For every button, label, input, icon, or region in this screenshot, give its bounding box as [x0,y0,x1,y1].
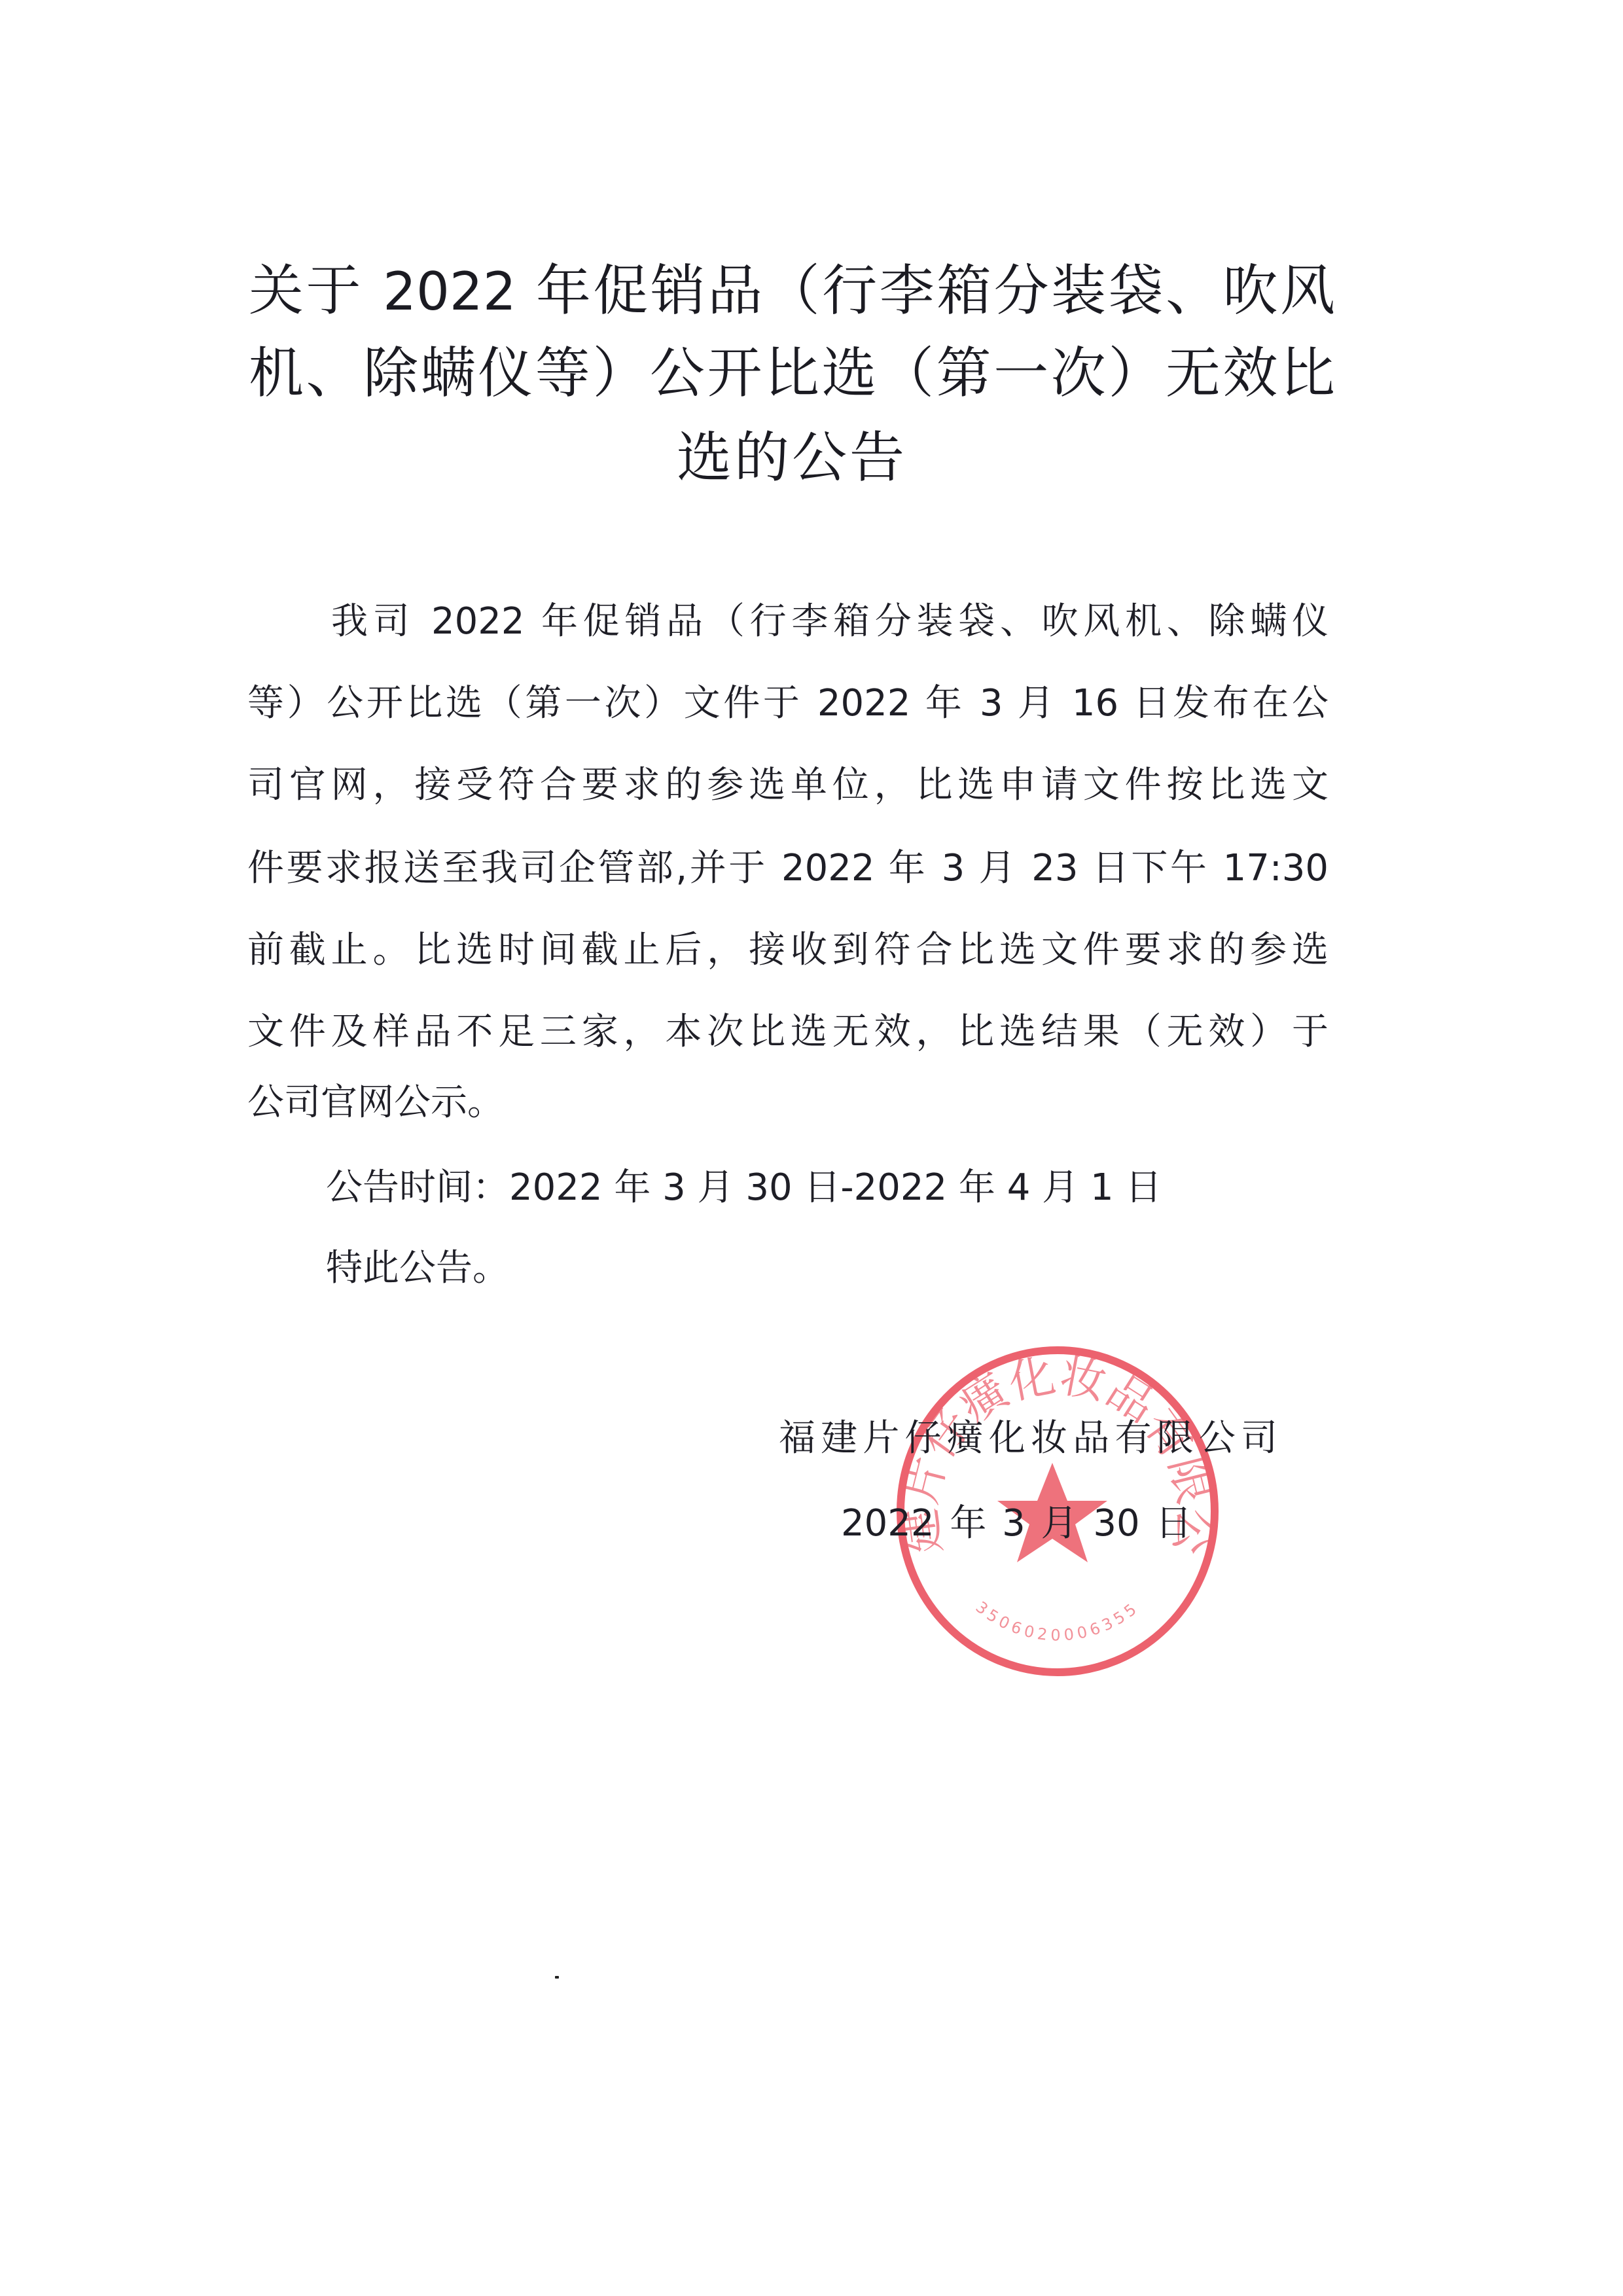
signature-date: 2022 年 3 月 30 日 [841,1503,1192,1545]
document-title-line-3: 选的公告 [654,430,929,485]
body-line: 我司 2022 年促销品（行李箱分装袋、吹风机、除螨仪 [331,601,1329,643]
body-line: 等）公开比选（第一次）文件于 2022 年 3 月 16 日发布在公 [247,683,1329,725]
stamp-code: 3506020006355 [972,1598,1143,1644]
scan-speck [555,1976,559,1979]
announcement-period: 公告时间：2022 年 3 月 30 日-2022 年 4 月 1 日 [326,1167,1162,1209]
body-line: 公司官网公示。 [247,1082,1329,1124]
title-text: 年促销品（行李箱分装袋、吹风 [536,259,1335,323]
signature-company: 福建片仔癀化妆品有限公司 [779,1418,1277,1460]
body-line: 文件及样品不足三家，本次比选无效，比选结果（无效）于 [247,1011,1329,1053]
document-title-line-2: 机、除螨仪等）公开比选（第一次）无效比 [249,346,1335,401]
document-title-line-1: 关于 2022 年促销品（行李箱分装袋、吹风 [249,263,1335,319]
closing-statement: 特此公告。 [326,1247,509,1289]
body-line: 前截止。比选时间截止后，接收到符合比选文件要求的参选 [247,929,1329,971]
body-line: 司官网，接受符合要求的参选单位，比选申请文件按比选文 [247,764,1329,806]
document-page: 关于 2022 年促销品（行李箱分装袋、吹风 机、除螨仪等）公开比选（第一次）无… [0,0,1623,2296]
body-line: 件要求报送至我司企管部,并于 2022 年 3 月 23 日下午 17:30 [247,848,1329,889]
title-year: 2022 [383,261,516,322]
title-text: 关于 [249,259,363,323]
